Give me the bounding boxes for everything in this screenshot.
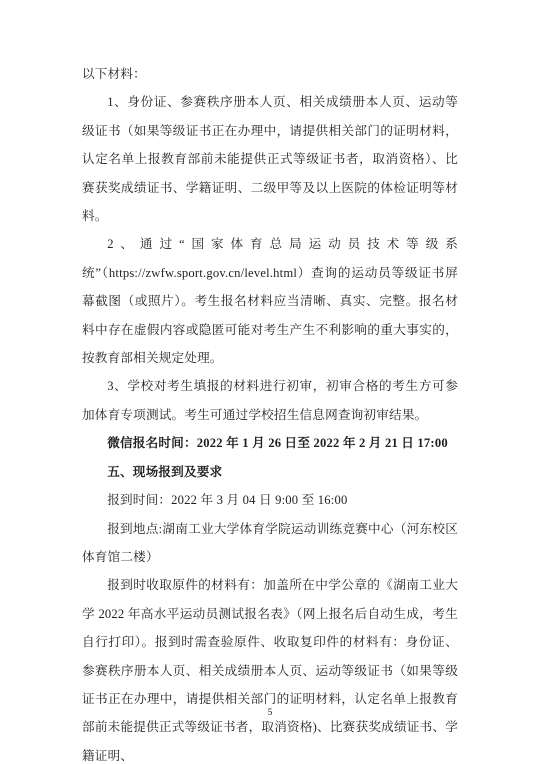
paragraph-checkin-time: 报到时间：2022 年 3 月 04 日 9:00 至 16:00 [82,486,458,514]
document-page: 以下材料： 1、身份证、参赛秩序册本人页、相关成绩册本人页、运动等级证书（如果等… [0,0,540,764]
paragraph-checkin-materials: 报到时收取原件的材料有：加盖所在中学公章的《湖南工业大学 2022 年高水平运动… [82,571,458,764]
document-body: 以下材料： 1、身份证、参赛秩序册本人页、相关成绩册本人页、运动等级证书（如果等… [82,60,458,764]
paragraph-intro-continuation: 以下材料： [82,60,458,88]
paragraph-wechat-registration-time: 微信报名时间：2022 年 1 月 26 日至 2022 年 2 月 21 日 … [82,429,458,457]
page-number: 5 [0,706,540,720]
section-5-heading: 五、现场报到及要求 [82,458,458,486]
paragraph-checkin-location: 报到地点:湖南工业大学体育学院运动训练竞赛中心（河东校区体育馆二楼） [82,515,458,572]
paragraph-item-2-level-system: 2、通过“国家体育总局运动员技术等级系统”（https://zwfw.sport… [82,230,458,372]
paragraph-item-3-preliminary-review: 3、学校对考生填报的材料进行初审，初审合格的考生方可参加体育专项测试。考生可通过… [82,372,458,429]
paragraph-item-1-materials: 1、身份证、参赛秩序册本人页、相关成绩册本人页、运动等级证书（如果等级证书正在办… [82,88,458,230]
